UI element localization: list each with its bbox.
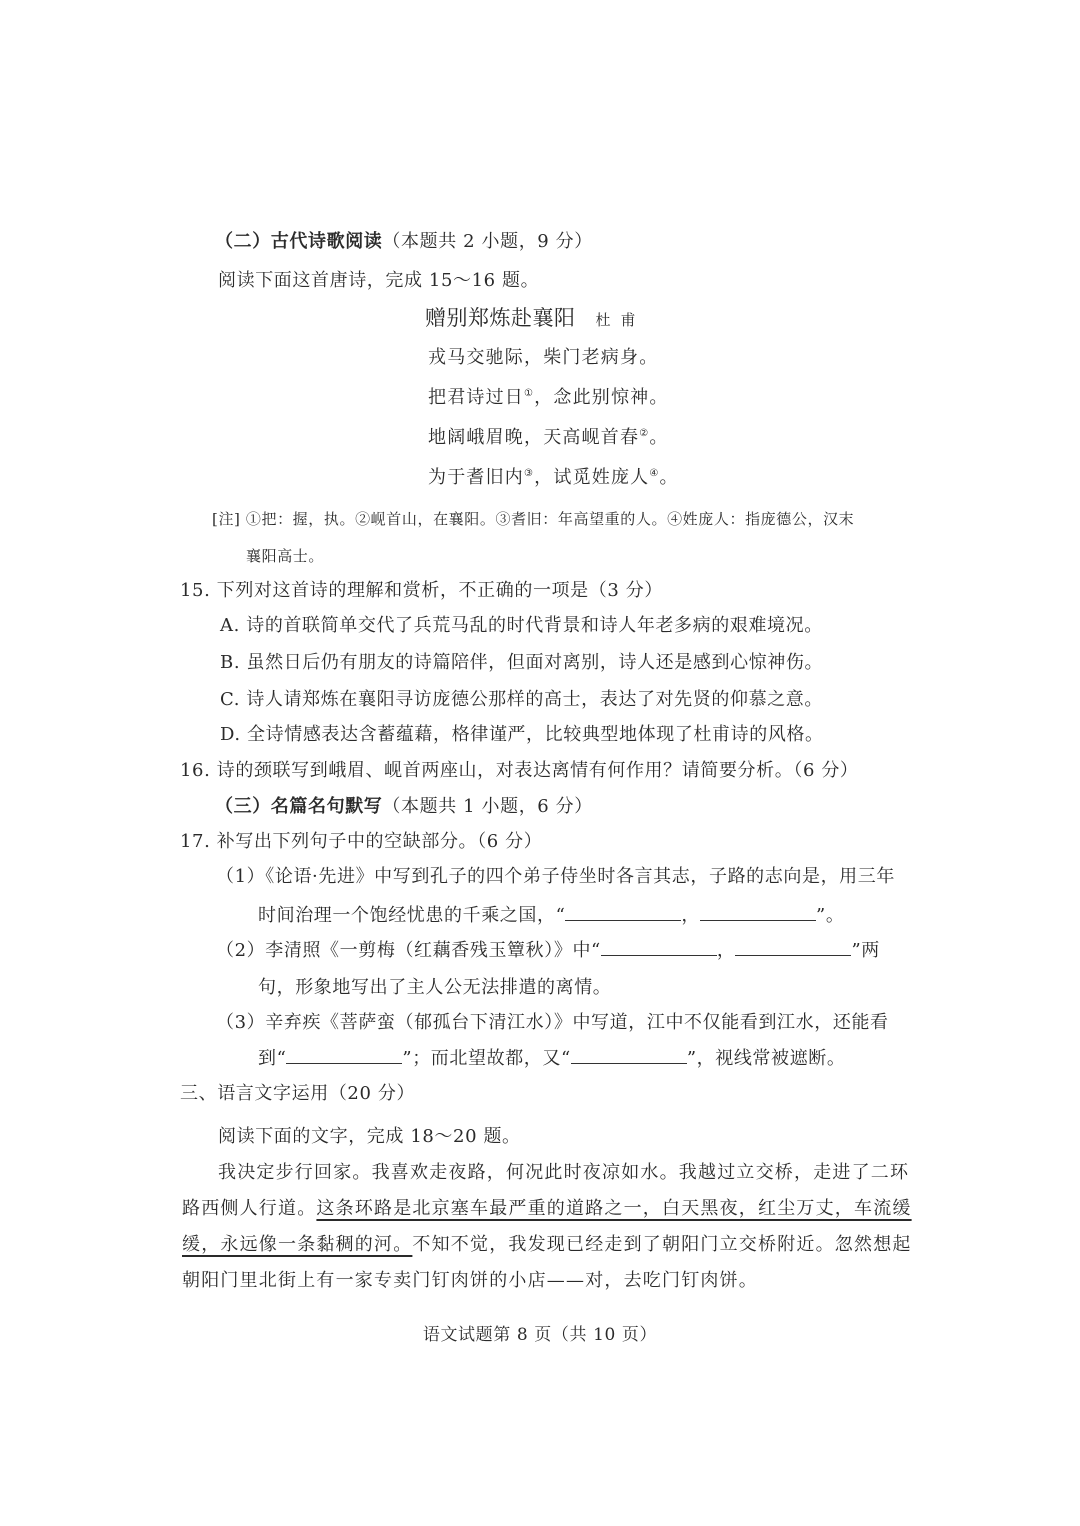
- item-text: ，: [717, 940, 736, 961]
- answer-blank[interactable]: [286, 1045, 402, 1064]
- section-score-note: （20 分）: [329, 1083, 415, 1104]
- underlined-passage: 缓，永远像一条黏稠的河。: [182, 1234, 412, 1255]
- passage-text: 不知不觉，我发现已经走到了朝阳门立交桥附近。忽然想起: [412, 1234, 911, 1255]
- poem-line-1: 戎马交驰际，柴门老病身。: [428, 345, 658, 371]
- question-17-item-2-line-2: 句，形象地写出了主人公无法排遣的离情。: [258, 975, 611, 1001]
- poem-line-2: 把君诗过日①，念此别惊神。: [428, 385, 669, 411]
- poem-line-text: ，念此别惊神。: [534, 387, 668, 408]
- annotation-line-1: [注] ①把：握，执。②岘首山，在襄阳。③耆旧：年高望重的人。④姓庞人：指庞德公…: [212, 506, 854, 532]
- question-17-item-3-line-1: （3）辛弃疾《菩萨蛮（郁孤台下清江水）》中写道，江中不仅能看到江水，还能看: [216, 1010, 889, 1036]
- underlined-passage: 这条环路是北京塞车最严重的道路之一，白天黑夜，红尘万丈，车流缓: [316, 1198, 911, 1219]
- poem-line-text: 为于耆旧内: [428, 467, 524, 488]
- section-score-note: （本题共 1 小题，6 分）: [382, 796, 592, 817]
- poem-line-text: 。: [660, 467, 679, 488]
- question-15-stem: 15. 下列对这首诗的理解和赏析，不正确的一项是（3 分）: [180, 578, 663, 604]
- question-15-option-a: A. 诗的首联简单交代了兵荒马乱的时代背景和诗人年老多病的艰难境况。: [220, 613, 823, 639]
- poem-line-text: 。: [649, 427, 668, 448]
- poem-title: 赠别郑炼赴襄阳: [425, 306, 576, 330]
- item-text: （2）李清照《一剪梅（红藕香残玉簟秋）》中“: [216, 940, 601, 961]
- poem-line-4: 为于耆旧内③，试觅姓庞人④。: [428, 465, 679, 491]
- question-15-option-d: D. 全诗情感表达含蓄蕴藉，格律谨严，比较典型地体现了杜甫诗的风格。: [220, 722, 824, 748]
- footnote-marker: ①: [524, 388, 534, 399]
- answer-blank[interactable]: [565, 902, 681, 921]
- item-text: ”。: [816, 905, 844, 926]
- poem-line-3: 地阔峨眉晚，天高岘首春②。: [428, 425, 669, 451]
- poem-author: 杜甫: [596, 311, 646, 329]
- passage-line-4: 朝阳门里北街上有一家专卖门钉肉饼的小店——对，去吃门钉肉饼。: [182, 1268, 758, 1294]
- passage-text: 路西侧人行道。: [182, 1198, 316, 1219]
- poem-line-text: 把君诗过日: [428, 387, 524, 408]
- item-text: ”，视线常被遮断。: [687, 1048, 846, 1069]
- item-text: 到“: [258, 1048, 286, 1069]
- item-text: 时间治理一个饱经忧患的千乘之国，“: [258, 905, 565, 926]
- passage-line-2: 路西侧人行道。这条环路是北京塞车最严重的道路之一，白天黑夜，红尘万丈，车流缓: [182, 1196, 912, 1222]
- answer-blank[interactable]: [601, 937, 717, 956]
- section-heading-poetry: （二）古代诗歌阅读（本题共 2 小题，9 分）: [215, 229, 593, 255]
- section-heading-recitation: （三）名篇名句默写（本题共 1 小题，6 分）: [215, 794, 593, 820]
- footnote-marker: ③: [524, 468, 534, 479]
- footnote-marker: ④: [649, 468, 659, 479]
- passage-line-3: 缓，永远像一条黏稠的河。不知不觉，我发现已经走到了朝阳门立交桥附近。忽然想起: [182, 1232, 912, 1258]
- page-footer: 语文试题第 8 页（共 10 页）: [0, 1320, 1080, 1345]
- poem-line-text: 戎马交驰际，柴门老病身。: [428, 347, 658, 368]
- question-17-stem: 17. 补写出下列句子中的空缺部分。（6 分）: [180, 829, 542, 855]
- question-17-item-3-line-2: 到“”；而北望故都，又“”，视线常被遮断。: [258, 1045, 845, 1072]
- section-title: （二）古代诗歌阅读: [215, 231, 382, 252]
- language-use-instruction: 阅读下面的文字，完成 18～20 题。: [218, 1124, 521, 1150]
- question-15-option-c: C. 诗人请郑炼在襄阳寻访庞德公那样的高士，表达了对先贤的仰慕之意。: [220, 687, 823, 713]
- question-17-item-2-line-1: （2）李清照《一剪梅（红藕香残玉簟秋）》中“，”两: [216, 937, 880, 964]
- question-17-item-1-line-1: （1）《论语·先进》中写到孔子的四个弟子侍坐时各言其志，子路的志向是，用三年: [216, 864, 895, 890]
- exam-page: （二）古代诗歌阅读（本题共 2 小题，9 分） 阅读下面这首唐诗，完成 15～1…: [0, 0, 1080, 1526]
- section-heading-language-use: 三、语言文字运用（20 分）: [180, 1081, 415, 1107]
- answer-blank[interactable]: [700, 902, 816, 921]
- poem-title-line: 赠别郑炼赴襄阳杜甫: [425, 305, 646, 333]
- item-text: ”两: [851, 940, 879, 961]
- passage-line-1: 我决定步行回家。我喜欢走夜路，何况此时夜凉如水。我越过立交桥，走进了二环: [218, 1160, 909, 1186]
- poem-line-text: ，试觅姓庞人: [534, 467, 649, 488]
- footnote-marker: ②: [639, 428, 649, 439]
- annotation-line-2: 襄阳高士。: [246, 543, 324, 569]
- poetry-instruction: 阅读下面这首唐诗，完成 15～16 题。: [218, 268, 539, 294]
- question-15-option-b: B. 虽然日后仍有朋友的诗篇陪伴，但面对离别，诗人还是感到心惊神伤。: [220, 650, 823, 676]
- section-title: 三、语言文字运用: [180, 1083, 329, 1104]
- question-17-item-1-line-2: 时间治理一个饱经忧患的千乘之国，“，”。: [258, 902, 844, 929]
- question-16-stem: 16. 诗的颈联写到峨眉、岘首两座山，对表达离情有何作用？请简要分析。（6 分）: [180, 758, 859, 784]
- item-text: ，: [681, 905, 700, 926]
- section-title: （三）名篇名句默写: [215, 796, 382, 817]
- poem-line-text: 地阔峨眉晚，天高岘首春: [428, 427, 639, 448]
- section-score-note: （本题共 2 小题，9 分）: [382, 231, 592, 252]
- answer-blank[interactable]: [571, 1045, 687, 1064]
- item-text: ”；而北望故都，又“: [402, 1048, 570, 1069]
- answer-blank[interactable]: [735, 937, 851, 956]
